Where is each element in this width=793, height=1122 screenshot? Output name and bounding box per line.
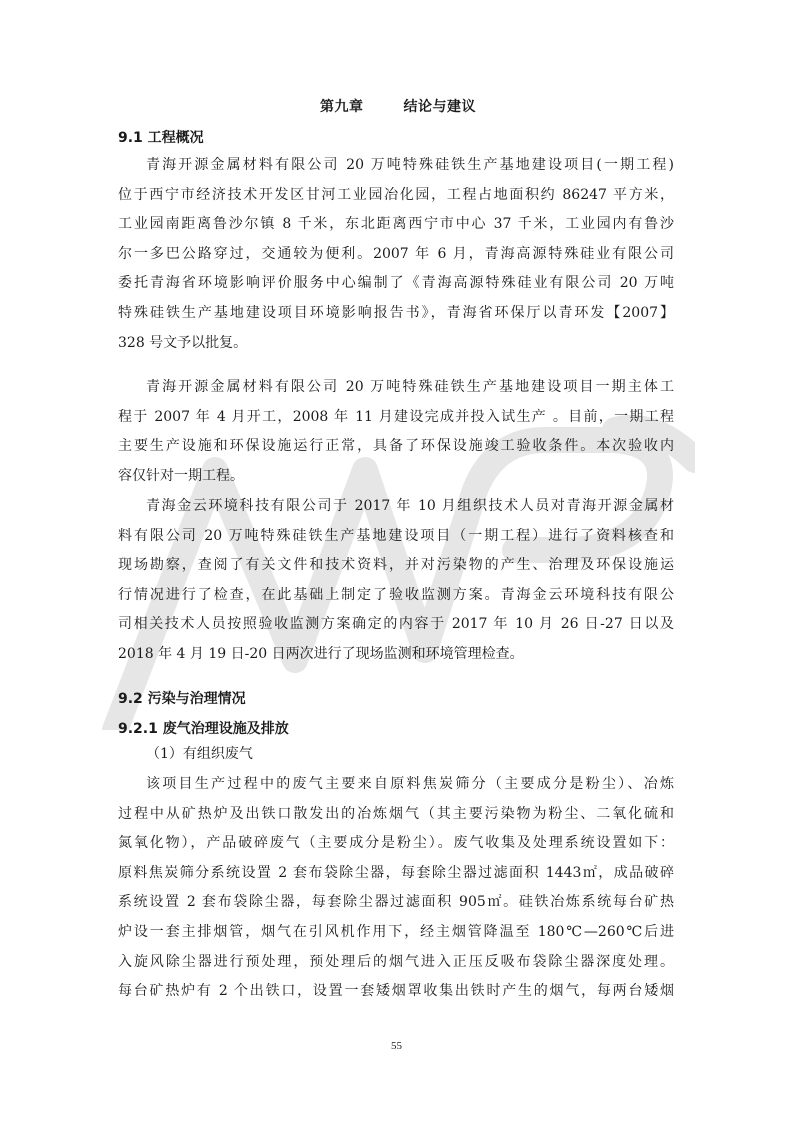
text-line: 司相关技术人员按照验收监测方案确定的内容于 2017 年 10 月 26 日-2… (118, 610, 674, 640)
text-line: 过程中从矿热炉及出铁口散发出的冶炼烟气（其主要污染物为粉尘、二氧化硫和 (118, 800, 674, 830)
paragraph-exhaust-treatment: 该项目生产过程中的废气主要来自原料焦炭筛分（主要成分是粉尘）、冶炼 过程中从矿热… (118, 770, 674, 1007)
text-line: 该项目生产过程中的废气主要来自原料焦炭筛分（主要成分是粉尘）、冶炼 (118, 770, 674, 800)
text-line: 尔一多巴公路穿过，交通较为便利。2007 年 6 月，青海高源特殊硅业有限公司 (118, 240, 674, 270)
text-line: 料有限公司 20 万吨特殊硅铁生产基地建设项目（一期工程）进行了资料核查和 (118, 522, 674, 552)
text-line: 原料焦炭筛分系统设置 2 套布袋除尘器，每套除尘器过滤面积 1443㎡，成品破碎 (118, 859, 674, 889)
text-line: 主要生产设施和环保设施运行正常，具备了环保设施竣工验收条件。本次验收内 (118, 432, 674, 462)
text-line: 青海金云环境科技有限公司于 2017 年 10 月组织技术人员对青海开源金属材 (118, 492, 674, 522)
item-label-organized-exhaust: （1）有组织废气 (118, 740, 674, 770)
text-line: 工业园南距离鲁沙尔镇 8 千米，东北距离西宁市中心 37 千米，工业园内有鲁沙 (118, 210, 674, 240)
text-line: 委托青海省环境影响评价服务中心编制了《青海高源特殊硅业有限公司 20 万吨 (118, 269, 674, 299)
text-line: 程于 2007 年 4 月开工，2008 年 11 月建设完成并投入试生产 。目… (118, 403, 674, 433)
chapter-name: 结论与建议 (404, 99, 477, 115)
text-line: 入旋风除尘器进行预处理，预处理后的烟气进入正压反吸布袋除尘器深度处理。 (118, 948, 674, 978)
page-number: 55 (0, 1040, 793, 1052)
text-line: （1）有组织废气 (118, 740, 674, 770)
paragraph-construction-status: 青海开源金属材料有限公司 20 万吨特殊硅铁生产基地建设项目一期主体工 程于 2… (118, 373, 674, 491)
text-line: 青海开源金属材料有限公司 20 万吨特殊硅铁生产基地建设项目一期主体工 (118, 373, 674, 403)
text-line: 位于西宁市经济技术开发区甘河工业园冶化园，工程占地面积约 86247 平方米， (118, 181, 674, 211)
section-heading-9-2-1: 9.2.1 废气治理设施及排放 (118, 718, 289, 738)
text-line: 行情况进行了检查，在此基础上制定了验收监测方案。青海金云环境科技有限公 (118, 581, 674, 611)
text-line: 炉设一套主排烟管，烟气在引风机作用下，经主烟管降温至 180℃—260℃后进 (118, 918, 674, 948)
section-heading-9-2: 9.2 污染与治理情况 (118, 688, 246, 708)
chapter-title: 第九章结论与建议 (118, 96, 678, 116)
text-line: 2018 年 4 月 19 日-20 日两次进行了现场监测和环境管理检查。 (118, 640, 674, 670)
paragraph-project-overview: 青海开源金属材料有限公司 20 万吨特殊硅铁生产基地建设项目(一期工程) 位于西… (118, 151, 674, 358)
text-line: 特殊硅铁生产基地建设项目环境影响报告书》，青海省环保厅以青环发【2007】 (118, 299, 674, 329)
chapter-number: 第九章 (320, 99, 364, 115)
section-heading-9-1: 9.1 工程概况 (118, 127, 204, 147)
paragraph-monitoring: 青海金云环境科技有限公司于 2017 年 10 月组织技术人员对青海开源金属材 … (118, 492, 674, 670)
text-line: 系统设置 2 套布袋除尘器，每套除尘器过滤面积 905㎡。硅铁冶炼系统每台矿热 (118, 888, 674, 918)
text-line: 青海开源金属材料有限公司 20 万吨特殊硅铁生产基地建设项目(一期工程) (118, 151, 674, 181)
text-line: 氮氧化物），产品破碎废气（主要成分是粉尘）。废气收集及处理系统设置如下： (118, 829, 674, 859)
text-line: 现场勘察，查阅了有关文件和技术资料，并对污染物的产生、治理及环保设施运 (118, 551, 674, 581)
text-line: 每台矿热炉有 2 个出铁口，设置一套矮烟罩收集出铁时产生的烟气，每两台矮烟 (118, 977, 674, 1007)
text-line: 容仅针对一期工程。 (118, 462, 674, 492)
text-line: 328 号文予以批复。 (118, 329, 674, 359)
